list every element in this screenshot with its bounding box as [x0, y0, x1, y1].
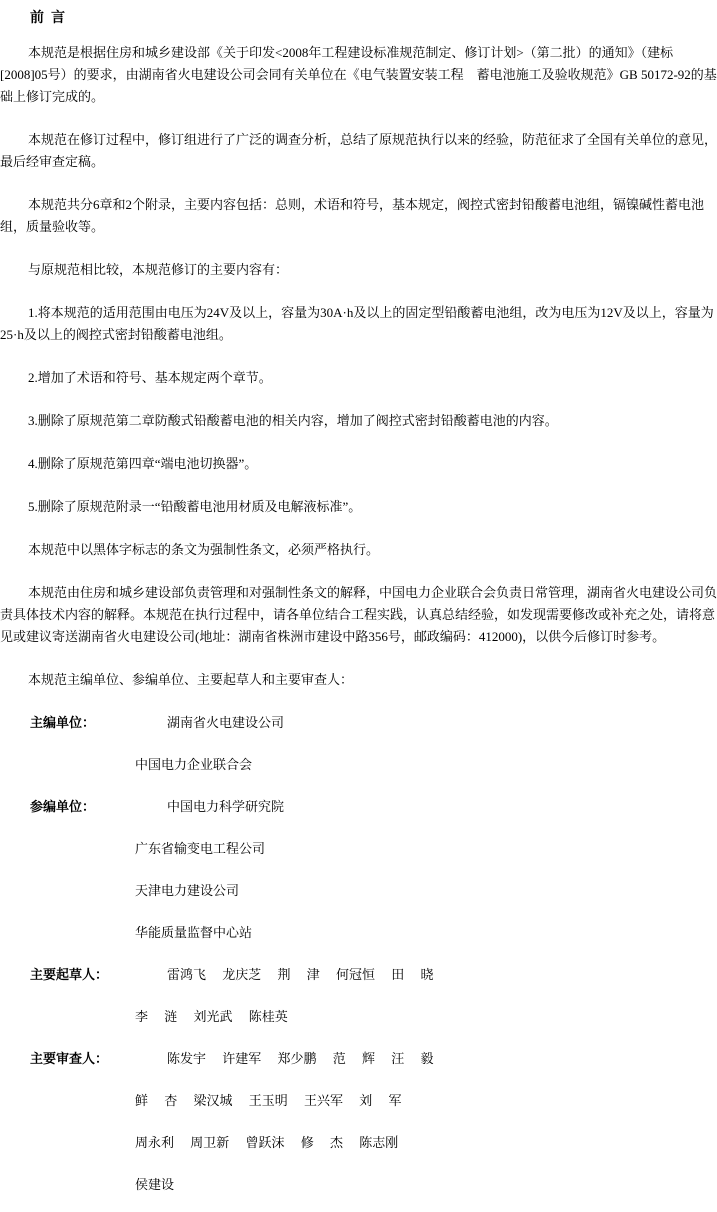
- document-page: 前 言 本规范是根据住房和城乡建设部《关于印发<2008年工程建设标准规范制定、…: [0, 0, 717, 1212]
- paragraph-contents: 本规范共分6章和2个附录，主要内容包括：总则，术语和符号，基本规定，阀控式密封铅…: [0, 194, 717, 238]
- credit-block-chief-editing-unit: 主编单位： 湖南省火电建设公司 中国电力企业联合会: [0, 712, 717, 776]
- credit-line: 天津电力建设公司: [135, 880, 717, 902]
- paragraph-change-1: 1.将本规范的适用范围由电压为24V及以上，容量为30A·h及以上的固定型铅酸蓄…: [0, 302, 717, 346]
- credit-line: 李 涟 刘光武 陈桂英: [135, 1006, 717, 1028]
- credit-line: 侯建设: [135, 1174, 717, 1196]
- credit-line: 中国电力企业联合会: [135, 754, 717, 776]
- page-title: 前 言: [30, 8, 717, 30]
- credit-block-main-drafters: 主要起草人： 雷鸿飞 龙庆芝 荆 津 何冠恒 田 晓 李 涟 刘光武 陈桂英: [0, 964, 717, 1028]
- credit-line: 中国电力科学研究院: [135, 796, 717, 818]
- paragraph-change-4: 4.删除了原规范第四章“端电池切换器”。: [0, 453, 717, 475]
- credit-block-main-reviewers: 主要审查人： 陈发宇 许建军 郑少鹏 范 辉 汪 毅 鲜 杏 梁汉城 王玉明 王…: [0, 1048, 717, 1196]
- paragraph-change-5: 5.删除了原规范附录一“铅酸蓄电池用材质及电解液标准”。: [0, 496, 717, 518]
- credit-label-participating-units: 参编单位：: [30, 796, 95, 818]
- paragraph-management: 本规范由住房和城乡建设部负责管理和对强制性条文的解释，中国电力企业联合会负责日常…: [0, 582, 717, 648]
- credit-line: 鲜 杏 梁汉城 王玉明 王兴军 刘 军: [135, 1090, 717, 1112]
- paragraph-credits-intro: 本规范主编单位、参编单位、主要起草人和主要审查人：: [0, 669, 717, 691]
- credit-label-main-reviewers: 主要审查人：: [30, 1048, 108, 1070]
- credit-line: 华能质量监督中心站: [135, 922, 717, 944]
- credit-line: 雷鸿飞 龙庆芝 荆 津 何冠恒 田 晓: [135, 964, 717, 986]
- paragraph-comparison-intro: 与原规范相比较，本规范修订的主要内容有：: [0, 259, 717, 281]
- paragraph-revision-process: 本规范在修订过程中，修订组进行了广泛的调查分析，总结了原规范执行以来的经验，防范…: [0, 129, 717, 173]
- credits-section: 主编单位： 湖南省火电建设公司 中国电力企业联合会 参编单位： 中国电力科学研究…: [0, 712, 717, 1196]
- credit-line: 陈发宇 许建军 郑少鹏 范 辉 汪 毅: [135, 1048, 717, 1070]
- paragraph-basis: 本规范是根据住房和城乡建设部《关于印发<2008年工程建设标准规范制定、修订计划…: [0, 42, 717, 108]
- credit-label-chief-editing-unit: 主编单位：: [30, 712, 95, 734]
- credit-line: 广东省输变电工程公司: [135, 838, 717, 860]
- paragraph-change-2: 2.增加了术语和符号、基本规定两个章节。: [0, 367, 717, 389]
- credit-block-participating-units: 参编单位： 中国电力科学研究院 广东省输变电工程公司 天津电力建设公司 华能质量…: [0, 796, 717, 944]
- paragraph-change-3: 3.删除了原规范第二章防酸式铅酸蓄电池的相关内容，增加了阀控式密封铅酸蓄电池的内…: [0, 410, 717, 432]
- credit-line: 湖南省火电建设公司: [135, 712, 717, 734]
- paragraph-mandatory-clauses: 本规范中以黑体字标志的条文为强制性条文，必须严格执行。: [0, 539, 717, 561]
- credit-line: 周永利 周卫新 曾跃沫 修 杰 陈志刚: [135, 1132, 717, 1154]
- credit-label-main-drafters: 主要起草人：: [30, 964, 108, 986]
- preface-body: 本规范是根据住房和城乡建设部《关于印发<2008年工程建设标准规范制定、修订计划…: [0, 42, 717, 691]
